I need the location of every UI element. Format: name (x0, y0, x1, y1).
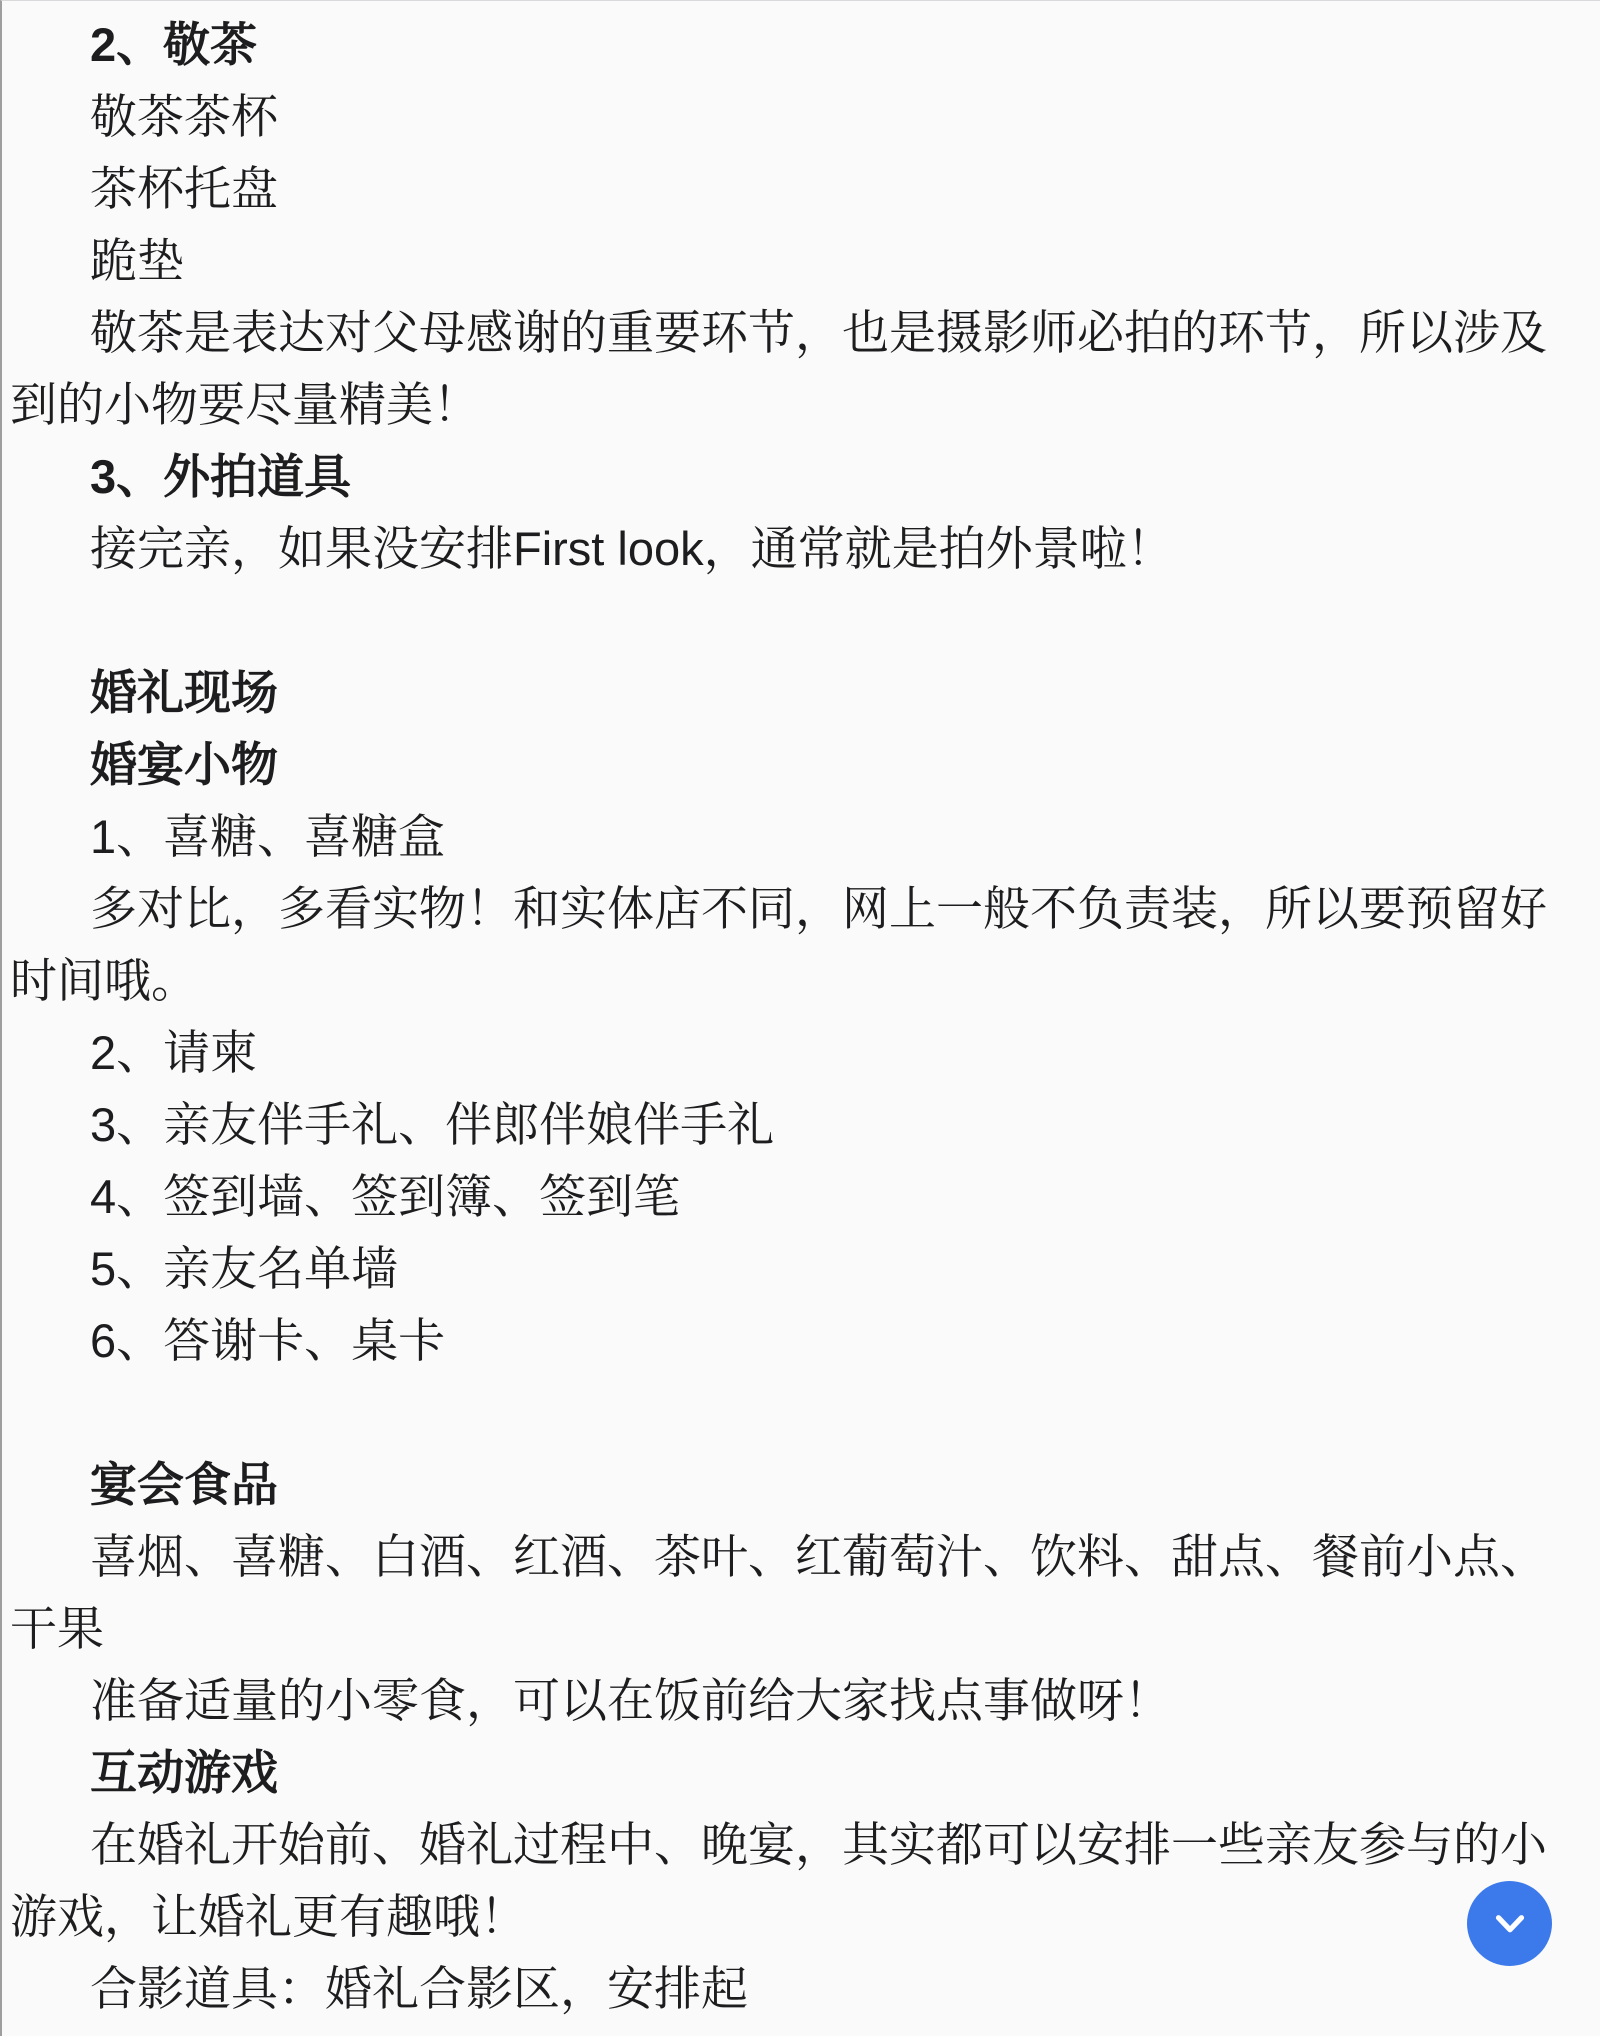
paragraph: 多对比，多看实物！和实体店不同，网上一般不负责装，所以要预留好时间哦。 (10, 873, 1572, 1017)
blank-line (10, 585, 1572, 657)
paragraph: 敬茶茶杯 (10, 81, 1572, 153)
paragraph: 准备适量的小零食，可以在饭前给大家找点事做呀！ (10, 1665, 1572, 1737)
paragraph: 喜烟、喜糖、白酒、红酒、茶叶、红葡萄汁、饮料、甜点、餐前小点、干果 (10, 1521, 1572, 1665)
section-heading: 2、敬茶 (10, 9, 1572, 81)
section-heading: 婚宴小物 (10, 729, 1572, 801)
list-item: 1、喜糖、喜糖盒 (10, 801, 1572, 873)
list-item: 3、亲友伴手礼、伴郎伴娘伴手礼 (10, 1089, 1572, 1161)
paragraph: 接完亲，如果没安排First look，通常就是拍外景啦！ (10, 513, 1572, 585)
paragraph: 在婚礼开始前、婚礼过程中、晚宴，其实都可以安排一些亲友参与的小游戏，让婚礼更有趣… (10, 1809, 1572, 1953)
article-page: 2、敬茶 敬茶茶杯 茶杯托盘 跪垫 敬茶是表达对父母感谢的重要环节，也是摄影师必… (0, 0, 1600, 2036)
paragraph: 敬茶是表达对父母感谢的重要环节，也是摄影师必拍的环节，所以涉及到的小物要尽量精美… (10, 297, 1572, 441)
scroll-down-button[interactable] (1467, 1881, 1552, 1966)
chevron-down-icon (1487, 1901, 1533, 1947)
section-heading: 3、外拍道具 (10, 441, 1572, 513)
blank-line (10, 1377, 1572, 1449)
list-item: 2、请柬 (10, 1017, 1572, 1089)
section-heading: 互动游戏 (10, 1737, 1572, 1809)
list-item: 5、亲友名单墙 (10, 1233, 1572, 1305)
section-heading: 宴会食品 (10, 1449, 1572, 1521)
section-heading: 婚礼现场 (10, 657, 1572, 729)
list-item: 4、签到墙、签到簿、签到笔 (10, 1161, 1572, 1233)
paragraph: 跪垫 (10, 225, 1572, 297)
paragraph: 合影道具：婚礼合影区，安排起 (10, 1953, 1572, 2025)
list-item: 6、答谢卡、桌卡 (10, 1305, 1572, 1377)
paragraph: 茶杯托盘 (10, 153, 1572, 225)
